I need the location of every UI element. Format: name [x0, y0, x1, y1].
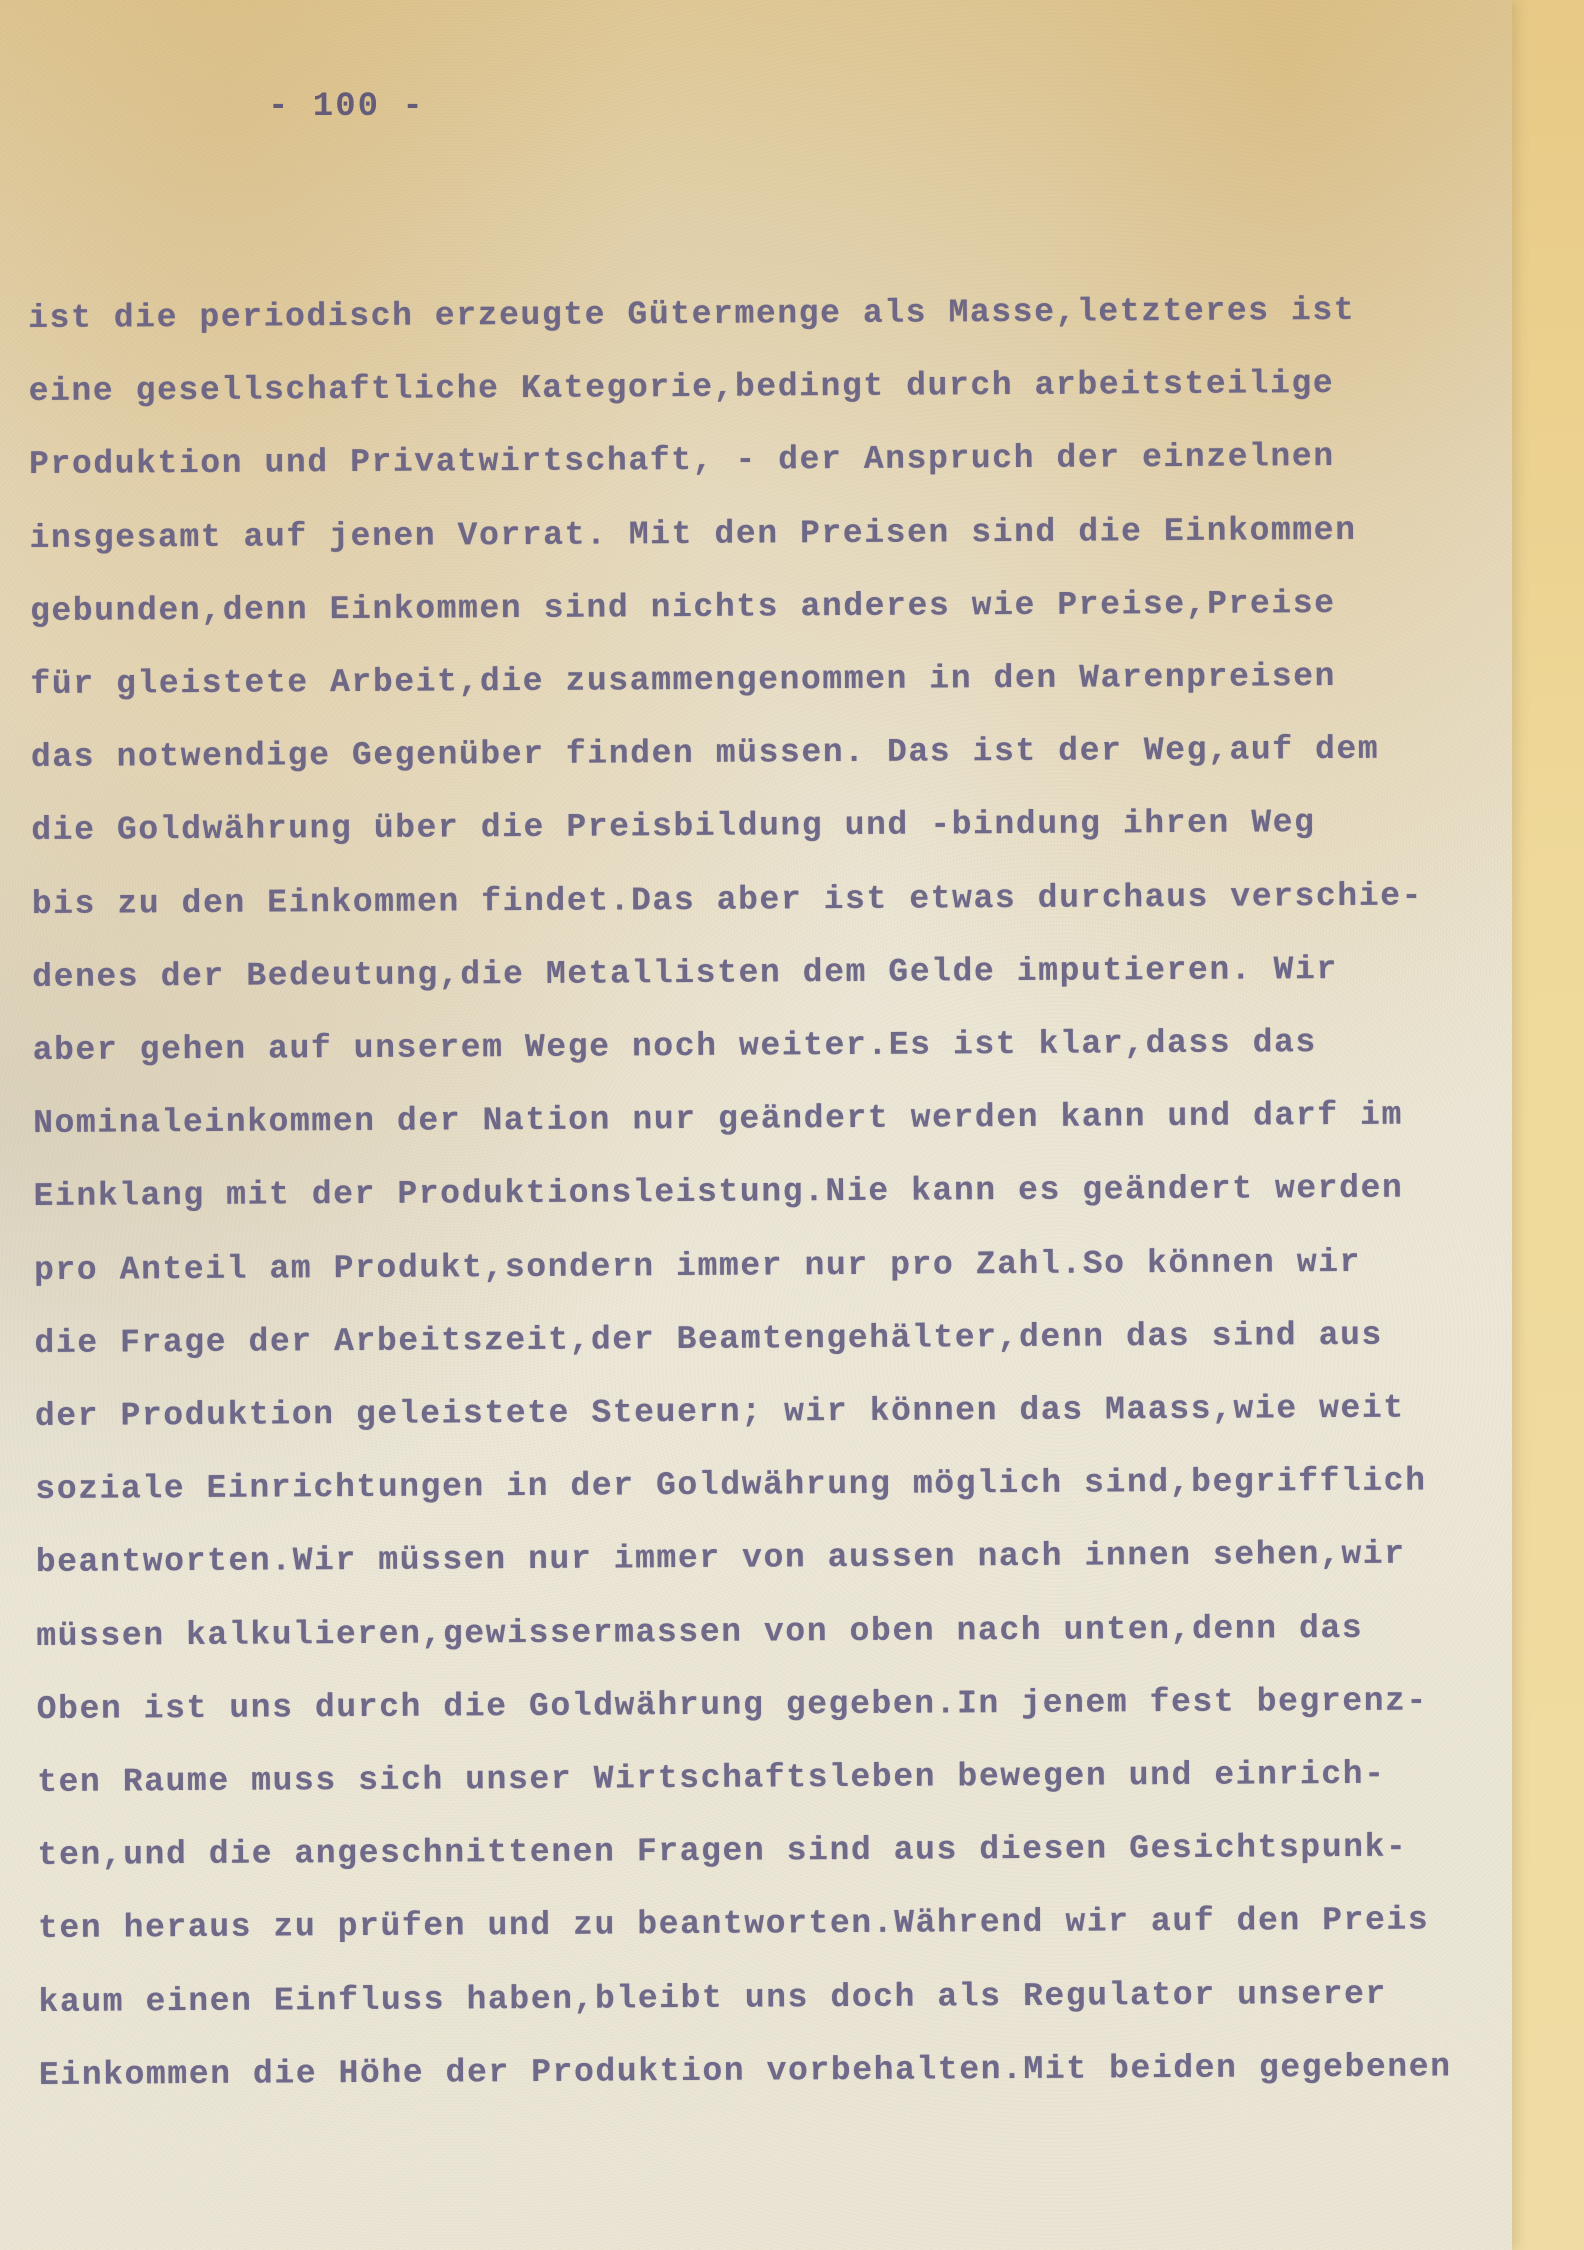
text-line: beantworten.Wir müssen nur immer von aus…: [36, 1517, 1536, 1599]
text-line: ten,und die angeschnittenen Fragen sind …: [37, 1810, 1537, 1892]
text-line: Einklang mit der Produktionsleistung.Nie…: [33, 1151, 1533, 1233]
text-line: eine gesellschaftliche Kategorie,bedingt…: [28, 346, 1528, 428]
text-line: Oben ist uns durch die Goldwährung gegeb…: [36, 1664, 1536, 1746]
text-line: ten Raume muss sich unser Wirtschaftsleb…: [37, 1737, 1537, 1819]
text-line: aber gehen auf unserem Wege noch weiter.…: [32, 1005, 1532, 1087]
text-line: ist die periodisch erzeugte Gütermenge a…: [28, 273, 1528, 355]
text-line: für gleistete Arbeit,die zusammengenomme…: [30, 639, 1530, 721]
text-line: die Goldwährung über die Preisbildung un…: [31, 785, 1531, 867]
typewritten-page: - 100 - ist die periodisch erzeugte Güte…: [0, 0, 1512, 2250]
page-number: - 100 -: [268, 88, 425, 126]
text-line: gebunden,denn Einkommen sind nichts ande…: [30, 566, 1530, 648]
text-line: soziale Einrichtungen in der Goldwährung…: [35, 1444, 1535, 1526]
text-line: Produktion und Privatwirtschaft, - der A…: [29, 419, 1529, 501]
body-text: ist die periodisch erzeugte Gütermenge a…: [28, 273, 1539, 2112]
text-line: Nominaleinkommen der Nation nur geändert…: [33, 1078, 1533, 1160]
text-line: insgesamt auf jenen Vorrat. Mit den Prei…: [29, 492, 1529, 574]
text-line: das notwendige Gegenüber finden müssen. …: [31, 712, 1531, 794]
text-line: die Frage der Arbeitszeit,der Beamtengeh…: [34, 1298, 1534, 1380]
text-line: Einkommen die Höhe der Produktion vorbeh…: [39, 2030, 1539, 2112]
text-line: ten heraus zu prüfen und zu beantworten.…: [38, 1883, 1538, 1965]
text-line: denes der Bedeutung,die Metallisten dem …: [32, 932, 1532, 1014]
text-line: müssen kalkulieren,gewissermassen von ob…: [36, 1590, 1536, 1672]
text-line: bis zu den Einkommen findet.Das aber ist…: [32, 858, 1532, 940]
text-line: pro Anteil am Produkt,sondern immer nur …: [34, 1224, 1534, 1306]
text-line: der Produktion geleistete Steuern; wir k…: [35, 1371, 1535, 1453]
text-line: kaum einen Einfluss haben,bleibt uns doc…: [38, 1956, 1538, 2038]
